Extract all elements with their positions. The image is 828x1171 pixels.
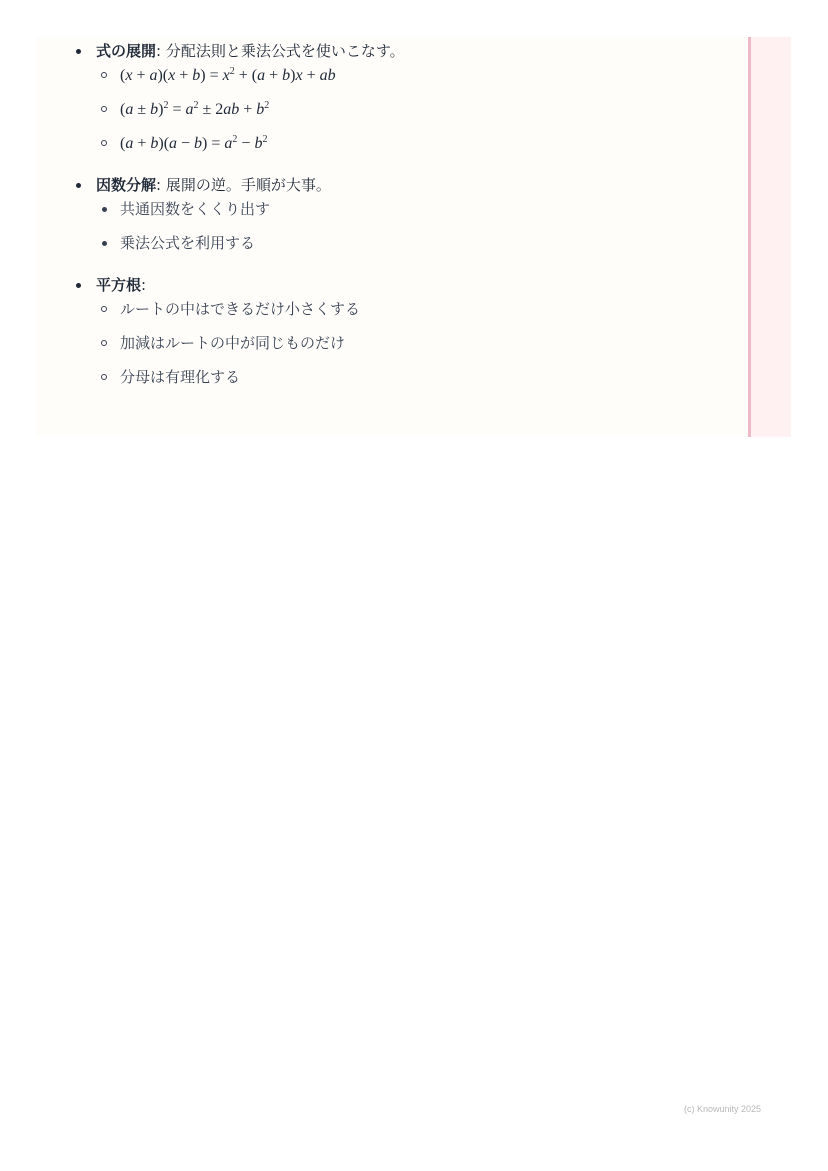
formula-item: (a ± b)2 = a2 ± 2ab + b2 <box>96 98 726 132</box>
list-item: 分母は有理化する <box>96 366 726 400</box>
formula-item: (x + a)(x + b) = x2 + (a + b)x + ab <box>96 64 726 98</box>
item-text: 乗法公式を利用する <box>120 234 255 252</box>
item-text: 加減はルートの中が同じものだけ <box>120 334 345 352</box>
bullet-icon <box>76 283 81 288</box>
item-text: 共通因数をくくり出す <box>120 200 270 218</box>
sub-list: ルートの中はできるだけ小さくする 加減はルートの中が同じものだけ 分母は有理化す… <box>96 298 726 400</box>
sub-list: 共通因数をくくり出す 乗法公式を利用する <box>96 198 726 262</box>
section-description: : <box>141 276 146 294</box>
section-square-root: 平方根: ルートの中はできるだけ小さくする 加減はルートの中が同じものだけ 分母… <box>76 274 726 400</box>
formula-expansion-2: (a ± b)2 = a2 ± 2ab + b2 <box>120 101 269 118</box>
section-expansion: 式の展開: 分配法則と乗法公式を使いこなす。 (x + a)(x + b) = … <box>76 40 726 162</box>
section-description: : 分配法則と乗法公式を使いこなす。 <box>156 42 405 60</box>
hollow-bullet-icon <box>101 106 107 112</box>
list-item: 加減はルートの中が同じものだけ <box>96 332 726 366</box>
section-term: 因数分解 <box>96 176 156 194</box>
item-text: 分母は有理化する <box>120 368 240 386</box>
section-factorization: 因数分解: 展開の逆。手順が大事。 共通因数をくくり出す 乗法公式を利用する <box>76 174 726 262</box>
section-term: 平方根 <box>96 276 141 294</box>
bullet-icon <box>102 207 107 212</box>
sub-list: (x + a)(x + b) = x2 + (a + b)x + ab (a ±… <box>96 64 726 162</box>
hollow-bullet-icon <box>101 374 107 380</box>
bullet-icon <box>76 49 81 54</box>
item-text: ルートの中はできるだけ小さくする <box>120 300 360 318</box>
bullet-icon <box>76 183 81 188</box>
summary-list: 式の展開: 分配法則と乗法公式を使いこなす。 (x + a)(x + b) = … <box>76 40 726 412</box>
hollow-bullet-icon <box>101 72 107 78</box>
hollow-bullet-icon <box>101 306 107 312</box>
list-item: 共通因数をくくり出す <box>96 198 726 232</box>
formula-expansion-1: (x + a)(x + b) = x2 + (a + b)x + ab <box>120 67 336 84</box>
formula-expansion-3: (a + b)(a − b) = a2 − b2 <box>120 135 267 152</box>
hollow-bullet-icon <box>101 140 107 146</box>
hollow-bullet-icon <box>101 340 107 346</box>
list-item: ルートの中はできるだけ小さくする <box>96 298 726 332</box>
section-description: : 展開の逆。手順が大事。 <box>156 176 331 194</box>
side-panel <box>751 37 791 437</box>
copyright-footer: (c) Knowunity 2025 <box>684 1104 761 1114</box>
formula-item: (a + b)(a − b) = a2 − b2 <box>96 132 726 162</box>
section-term: 式の展開 <box>96 42 156 60</box>
bullet-icon <box>102 241 107 246</box>
list-item: 乗法公式を利用する <box>96 232 726 262</box>
